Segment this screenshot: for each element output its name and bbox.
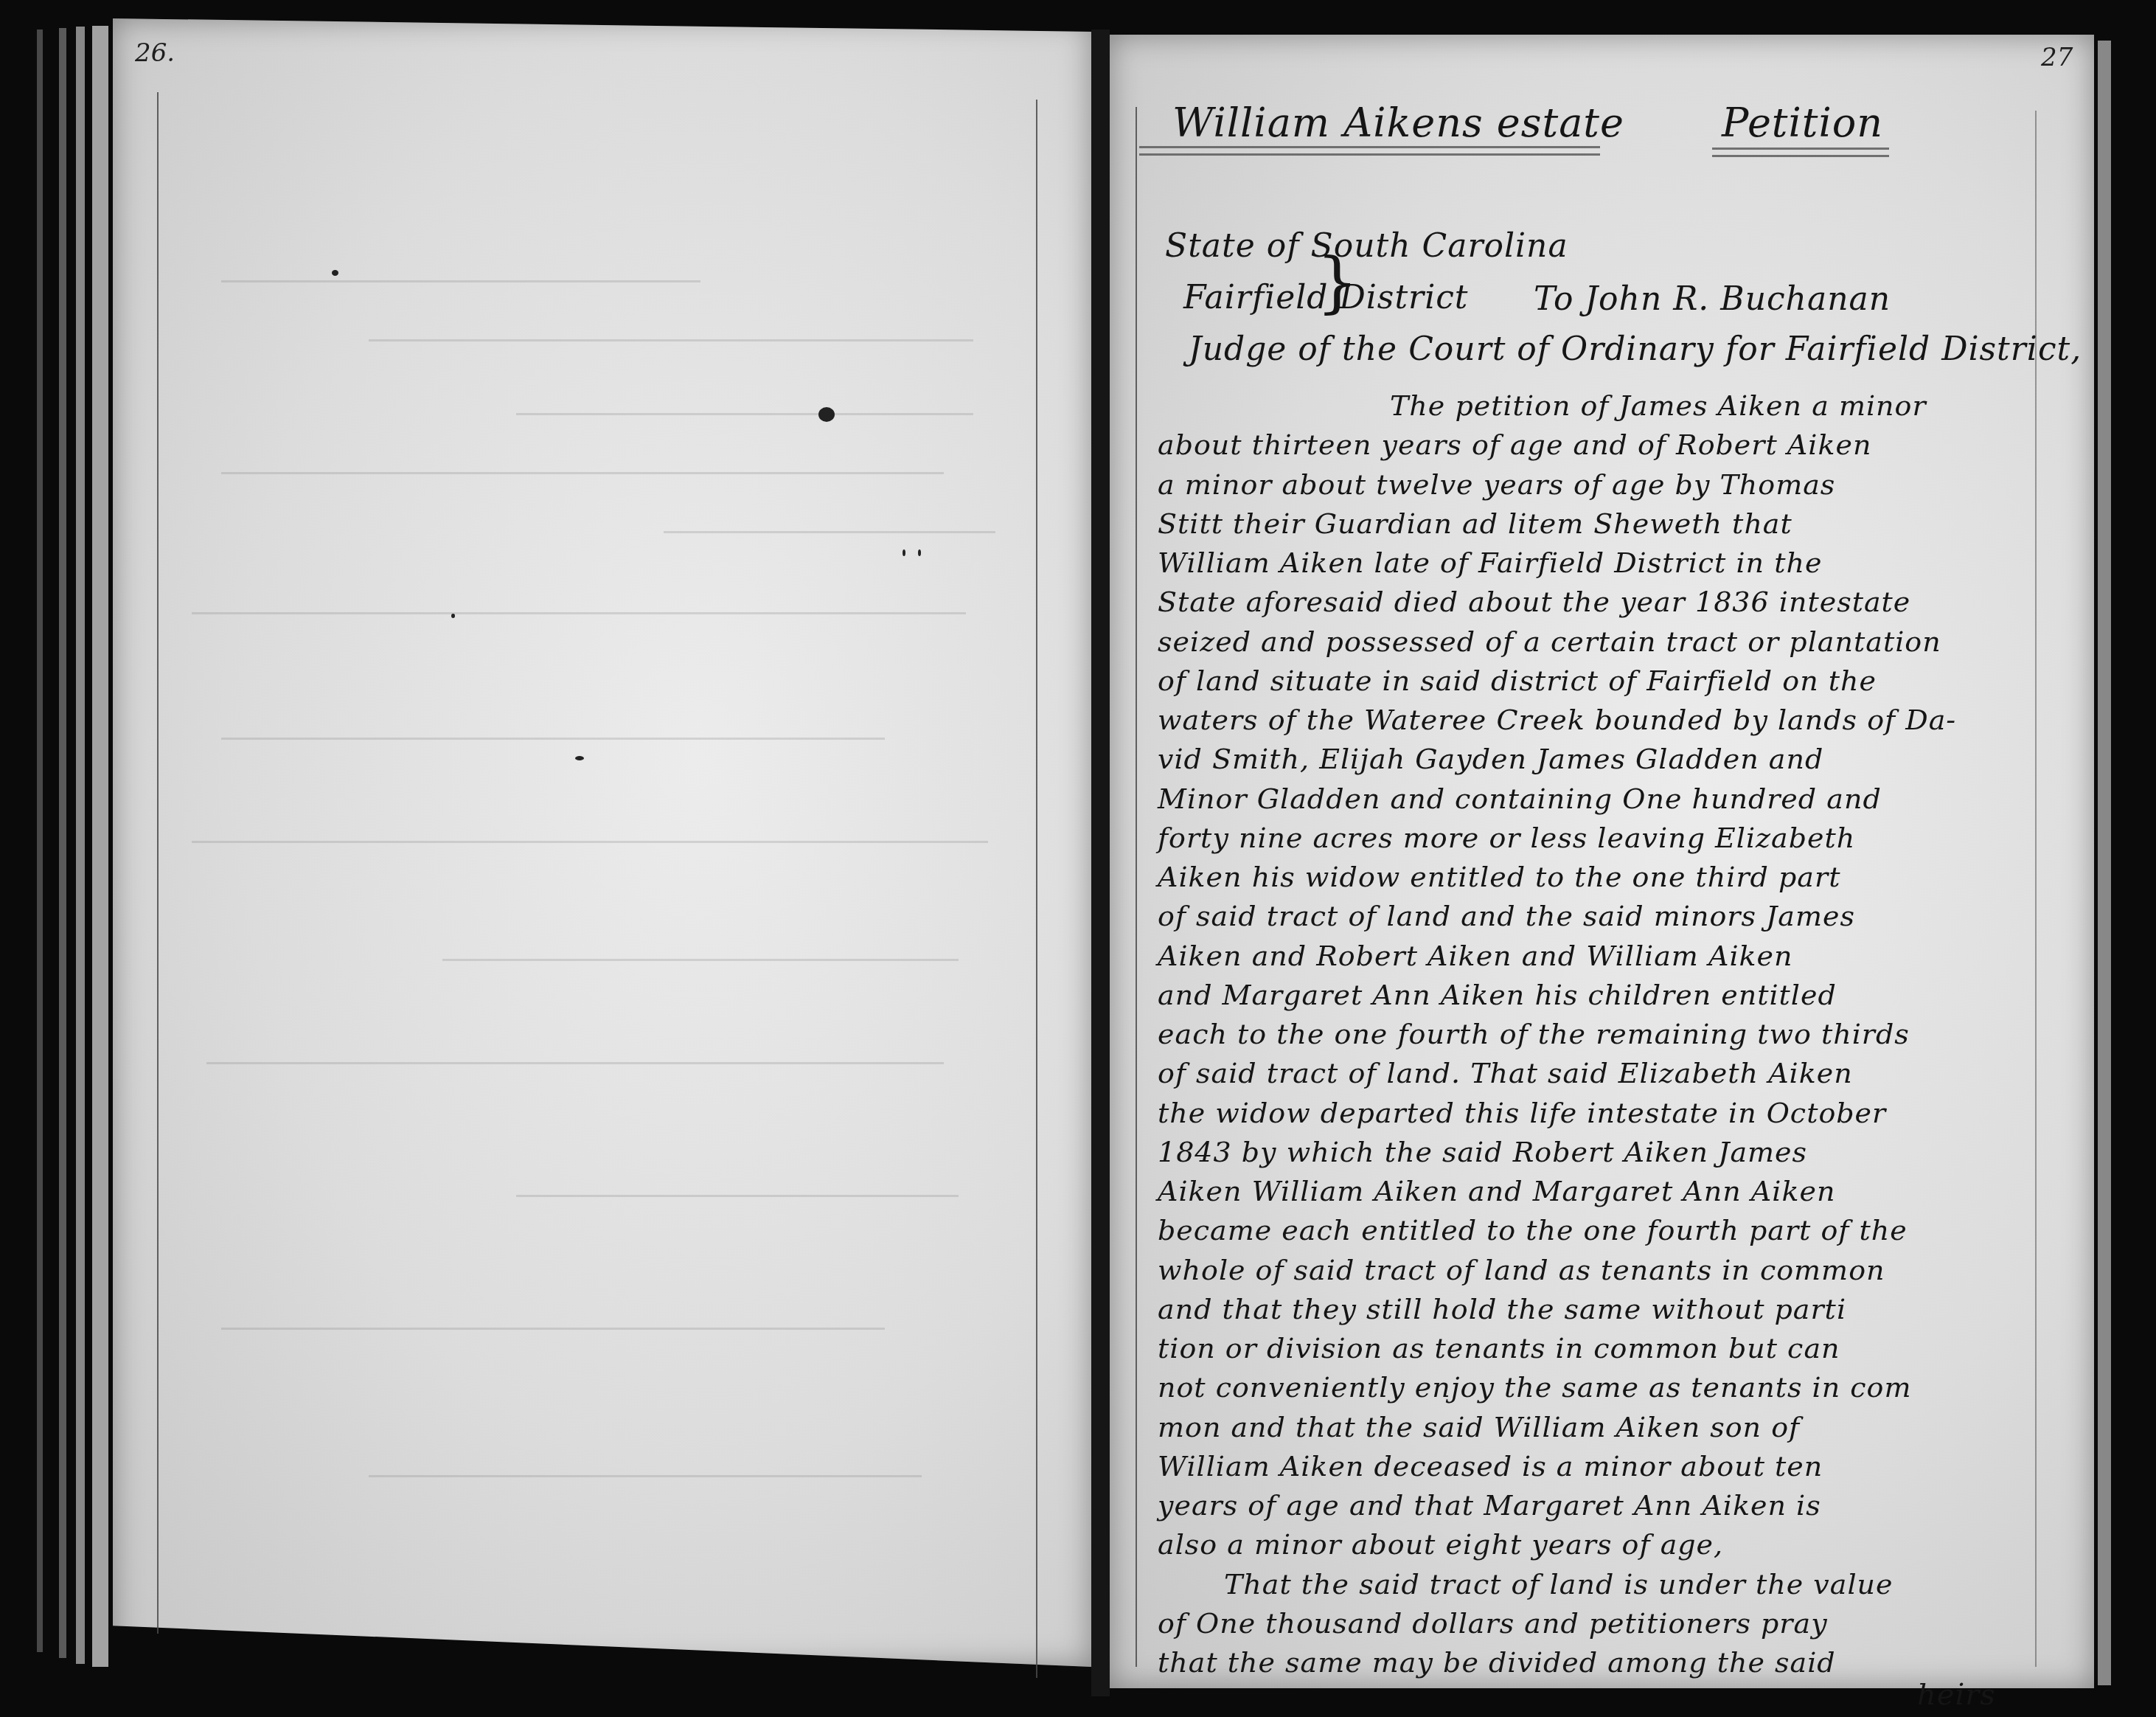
bleed-through-text [516, 413, 973, 415]
body-line: became each entitled to the one fourth p… [1158, 1214, 1908, 1246]
body-line: years of age and that Margaret Ann Aiken… [1158, 1489, 1821, 1522]
body-line: Minor Gladden and containing One hundred… [1158, 783, 1882, 815]
body-line: of said tract of land. That said Elizabe… [1158, 1057, 1853, 1089]
bleed-through-text [516, 1195, 959, 1197]
record-title: William Aikens estate [1172, 100, 1624, 146]
body-line: about thirteen years of age and of Rober… [1158, 429, 1871, 461]
catchword: heirs [1917, 1678, 1996, 1712]
ink-speck [903, 549, 905, 556]
ink-blot [818, 407, 835, 422]
bleed-through-text [442, 959, 959, 961]
body-line: and that they still hold the same withou… [1158, 1293, 1846, 1325]
body-line: Aiken William Aiken and Margaret Ann Aik… [1158, 1175, 1835, 1207]
right-page-number: 27 [2041, 43, 2073, 72]
left-page-right-margin-rule [1036, 100, 1037, 1678]
body-line: mon and that the said William Aiken son … [1158, 1411, 1800, 1443]
body-line: not conveniently enjoy the same as tenan… [1158, 1371, 1911, 1404]
body-line: forty nine acres more or less leaving El… [1158, 822, 1855, 854]
body-line: 1843 by which the said Robert Aiken Jame… [1158, 1136, 1807, 1168]
body-line: each to the one fourth of the remaining … [1158, 1018, 1910, 1050]
bleed-through-text [206, 1062, 944, 1064]
book-gutter [1091, 30, 1110, 1696]
left-page-number: 26. [135, 38, 175, 68]
body-line: of land situate in said district of Fair… [1158, 665, 1877, 697]
left-page-margin-rule [157, 92, 159, 1634]
body-line: That the said tract of land is under the… [1224, 1568, 1894, 1600]
caption-brace: } [1316, 243, 1359, 321]
bleed-through-text [664, 531, 995, 533]
book-page-stack-edge [92, 26, 108, 1667]
body-line: whole of said tract of land as tenants i… [1158, 1254, 1885, 1286]
body-line: The petition of James Aiken a minor [1390, 389, 1927, 422]
body-line: of One thousand dollars and petitioners … [1158, 1607, 1828, 1640]
body-line: tion or division as tenants in common bu… [1158, 1332, 1840, 1364]
body-line: that the same may be divided among the s… [1158, 1646, 1836, 1679]
ink-speck [575, 756, 584, 760]
caption-judge-title: Judge of the Court of Ordinary for Fairf… [1189, 330, 2082, 368]
label-double-rule [1712, 155, 1889, 157]
book-page-stack-edge [37, 30, 43, 1652]
bleed-through-text [369, 339, 973, 341]
body-line: waters of the Wateree Creek bounded by l… [1158, 704, 1956, 736]
bleed-through-text [192, 841, 988, 843]
record-type-label: Petition [1722, 100, 1883, 146]
bleed-through-text [369, 1475, 922, 1477]
body-line: William Aiken late of Fairfield District… [1158, 547, 1822, 579]
bleed-through-text [192, 612, 966, 614]
body-line: State aforesaid died about the year 1836… [1158, 586, 1910, 618]
book-page-stack-edge [59, 28, 66, 1658]
body-line: also a minor about eight years of age, [1158, 1528, 1723, 1561]
ink-speck [918, 549, 921, 556]
right-page-margin-rule [1136, 107, 1137, 1667]
book-page-stack-edge [2098, 41, 2111, 1685]
header-double-rule [1139, 146, 1600, 148]
bleed-through-text [221, 280, 700, 282]
body-line: William Aiken deceased is a minor about … [1158, 1450, 1823, 1482]
book-page-stack-edge [76, 27, 85, 1664]
caption-addressee: To John R. Buchanan [1534, 280, 1891, 318]
body-line: Aiken his widow entitled to the one thir… [1158, 861, 1840, 893]
body-line: a minor about twelve years of age by Tho… [1158, 468, 1835, 501]
ink-speck [332, 270, 338, 276]
body-line: Aiken and Robert Aiken and William Aiken [1158, 940, 1793, 972]
body-line: the widow departed this life intestate i… [1158, 1097, 1886, 1129]
bleed-through-text [221, 1328, 885, 1330]
body-line: vid Smith, Elijah Gayden James Gladden a… [1158, 743, 1823, 775]
body-line: and Margaret Ann Aiken his children enti… [1158, 979, 1837, 1011]
body-line: seized and possessed of a certain tract … [1158, 625, 1941, 658]
bleed-through-text [221, 738, 885, 740]
body-line: Stitt their Guardian ad litem Sheweth th… [1158, 507, 1792, 540]
bleed-through-text [221, 472, 944, 474]
header-double-rule [1139, 153, 1600, 156]
ink-speck [451, 614, 455, 618]
caption-state: State of South Carolina [1165, 227, 1568, 265]
body-line: of said tract of land and the said minor… [1158, 900, 1855, 932]
label-double-rule [1712, 148, 1889, 150]
